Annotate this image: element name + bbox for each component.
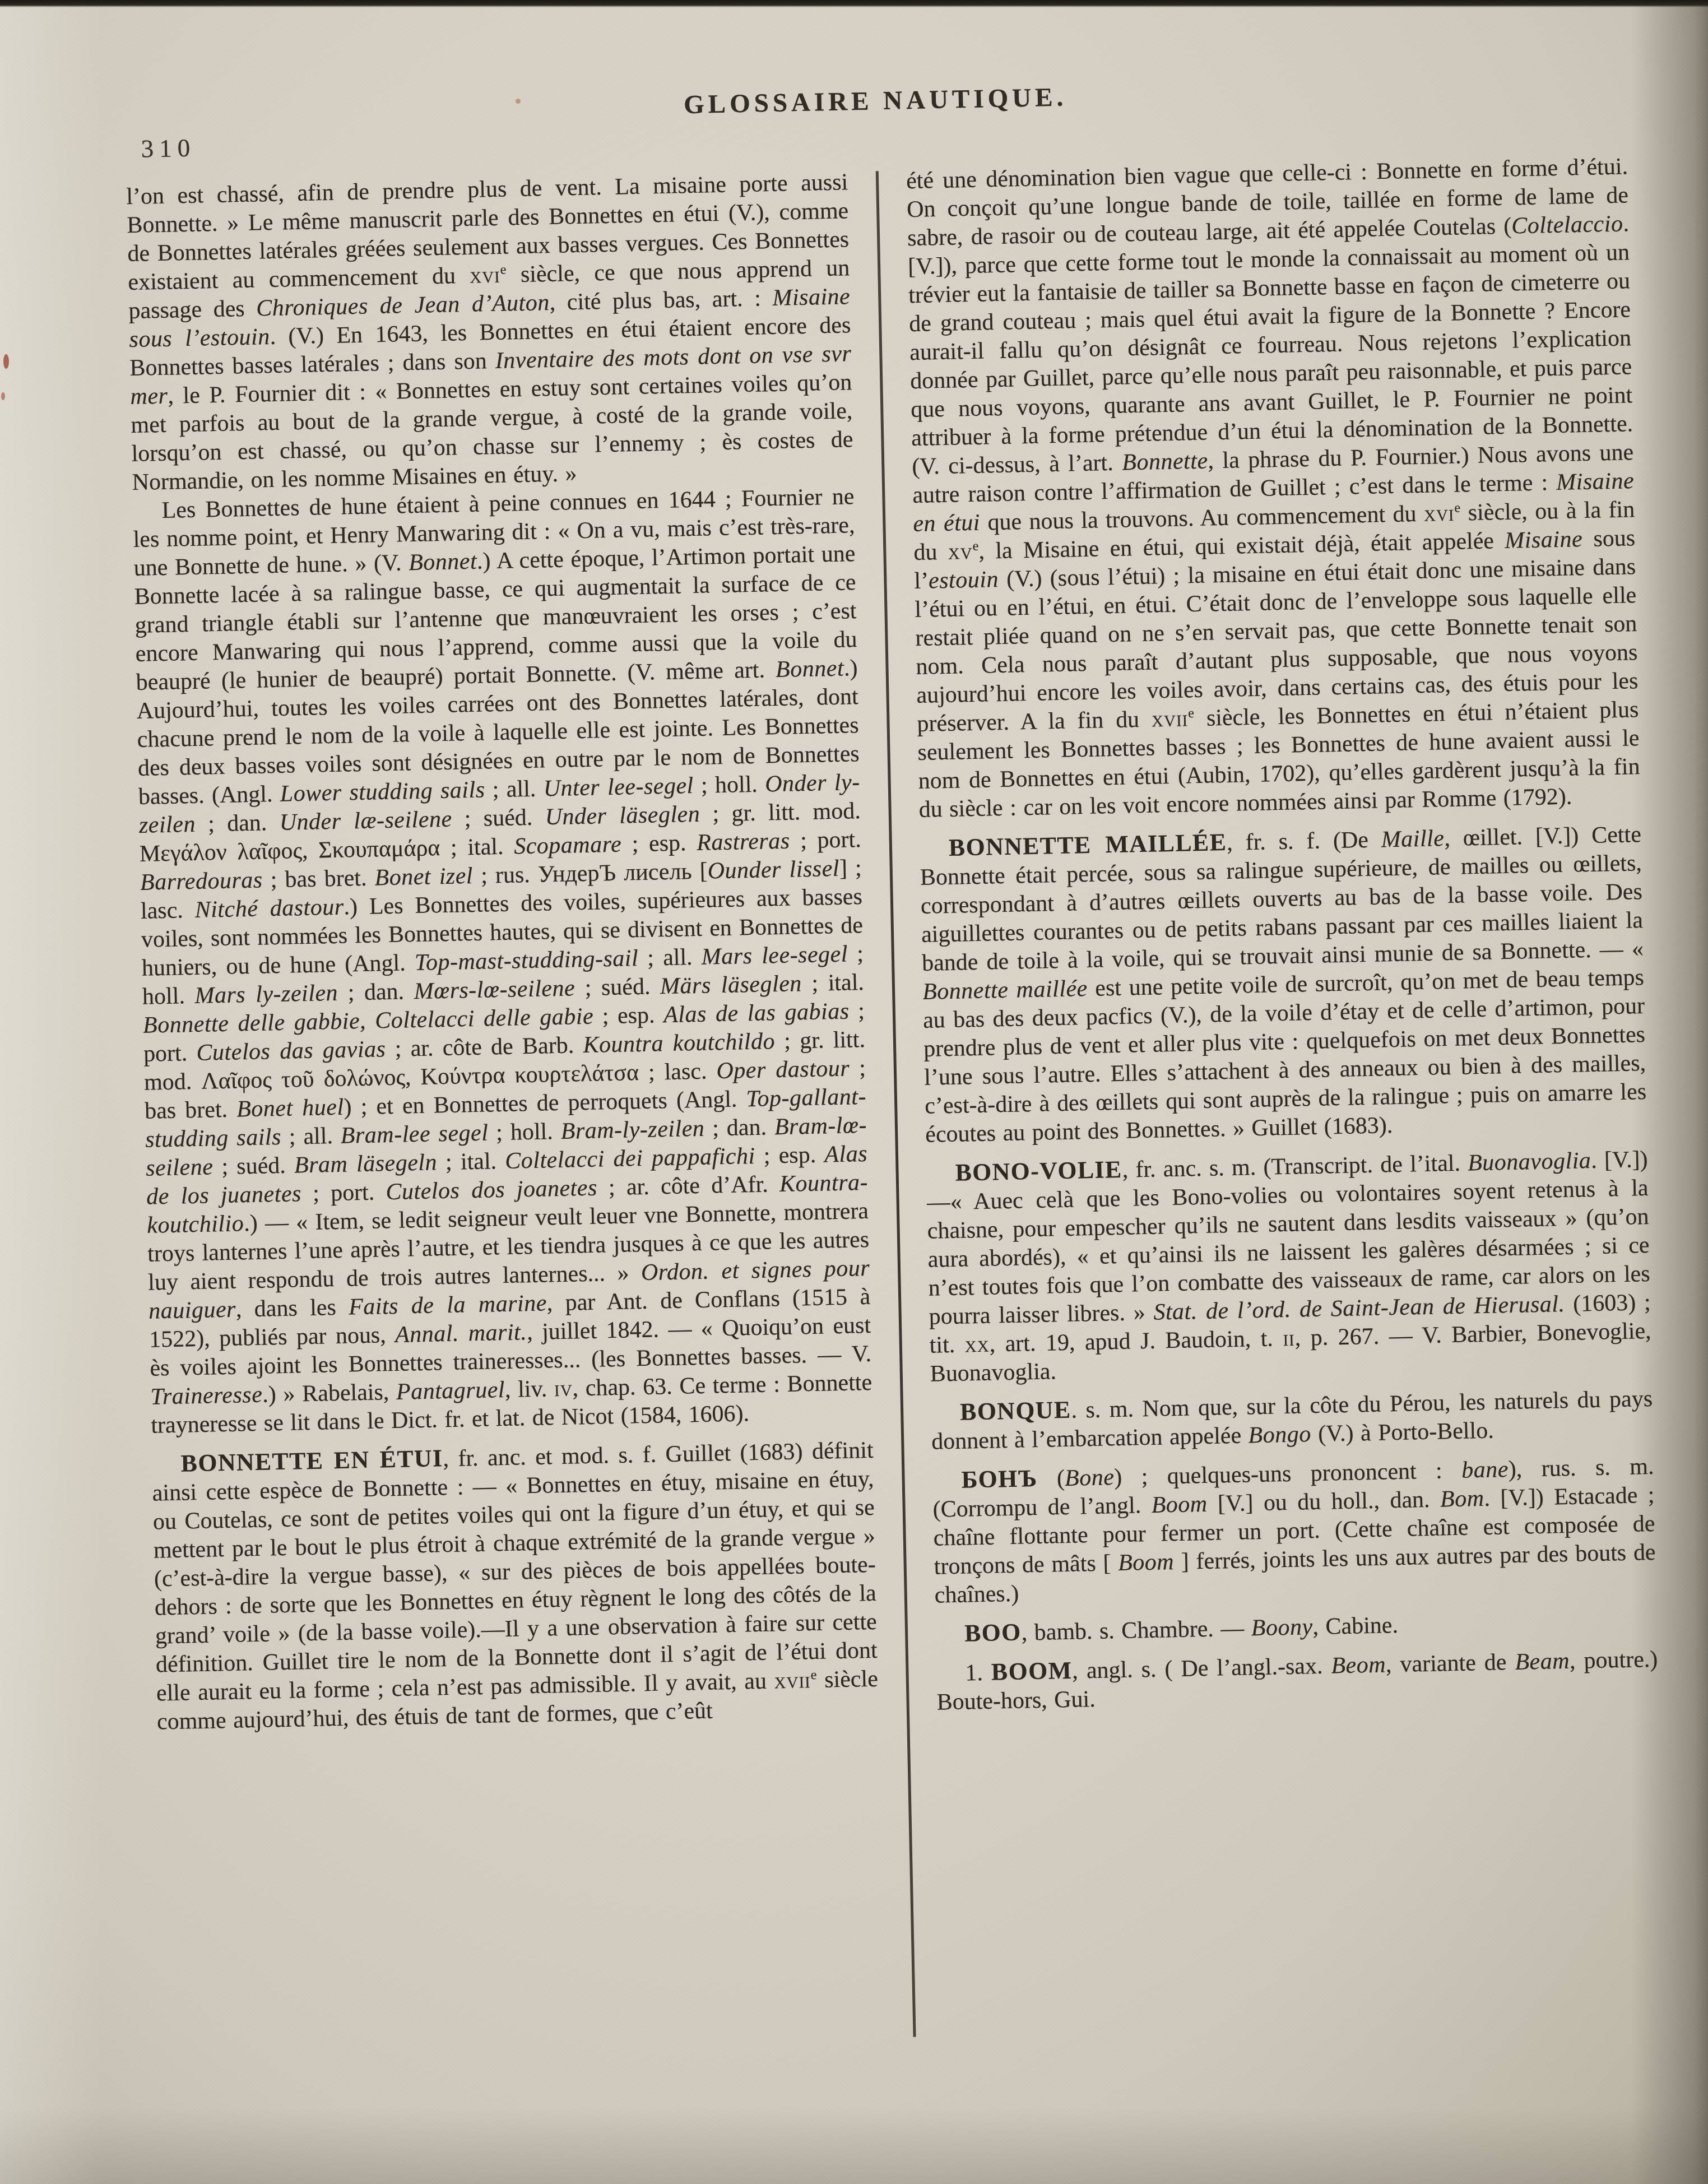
left-column: l’on est chassé, afin de prendre plus de…: [126, 168, 886, 2076]
paragraph: été une dénomination bien vague que cell…: [906, 152, 1641, 824]
scan-blemish: [1, 392, 5, 400]
entry-paragraph: BONO-VOLIE, fr. anc. s. m. (Transcript. …: [926, 1145, 1652, 1389]
entry-paragraph: BOO, bamb. s. Chambre. — Boony, Cabine.: [935, 1606, 1658, 1649]
paragraph: l’on est chassé, afin de prendre plus de…: [126, 168, 854, 497]
entry-paragraph: BONNETTE EN ÉTUI, fr. anc. et mod. s. f.…: [151, 1436, 879, 1737]
page-number: 310: [141, 133, 196, 164]
paragraph: Les Bonnettes de hune étaient à peine co…: [132, 483, 873, 1440]
right-column: été une dénomination bien vague que cell…: [906, 152, 1666, 2061]
column-divider: [875, 171, 916, 2037]
page-header: GLOSSAIRE NAUTIQUE.: [124, 66, 1627, 131]
entry-paragraph: 1. BOOM, angl. s. ( De l’angl.-sax. Beom…: [936, 1645, 1659, 1717]
entry-paragraph: BONNETTE MAILLÉE, fr. s. f. (De Maille, …: [920, 820, 1647, 1149]
page-content: 310 GLOSSAIRE NAUTIQUE. l’on est chassé,…: [124, 66, 1666, 2082]
scanned-book-page: 310 GLOSSAIRE NAUTIQUE. l’on est chassé,…: [0, 0, 1708, 2184]
scan-blemish: [3, 354, 9, 369]
scan-top-edge: [0, 0, 1708, 7]
entry-paragraph: БОНЪ (Bone) ; quelques-uns prononcent : …: [932, 1452, 1656, 1610]
entry-paragraph: BONQUE. s. m. Nom que, sur la côte du Pé…: [931, 1384, 1654, 1457]
two-column-layout: l’on est chassé, afin de prendre plus de…: [126, 152, 1665, 2082]
